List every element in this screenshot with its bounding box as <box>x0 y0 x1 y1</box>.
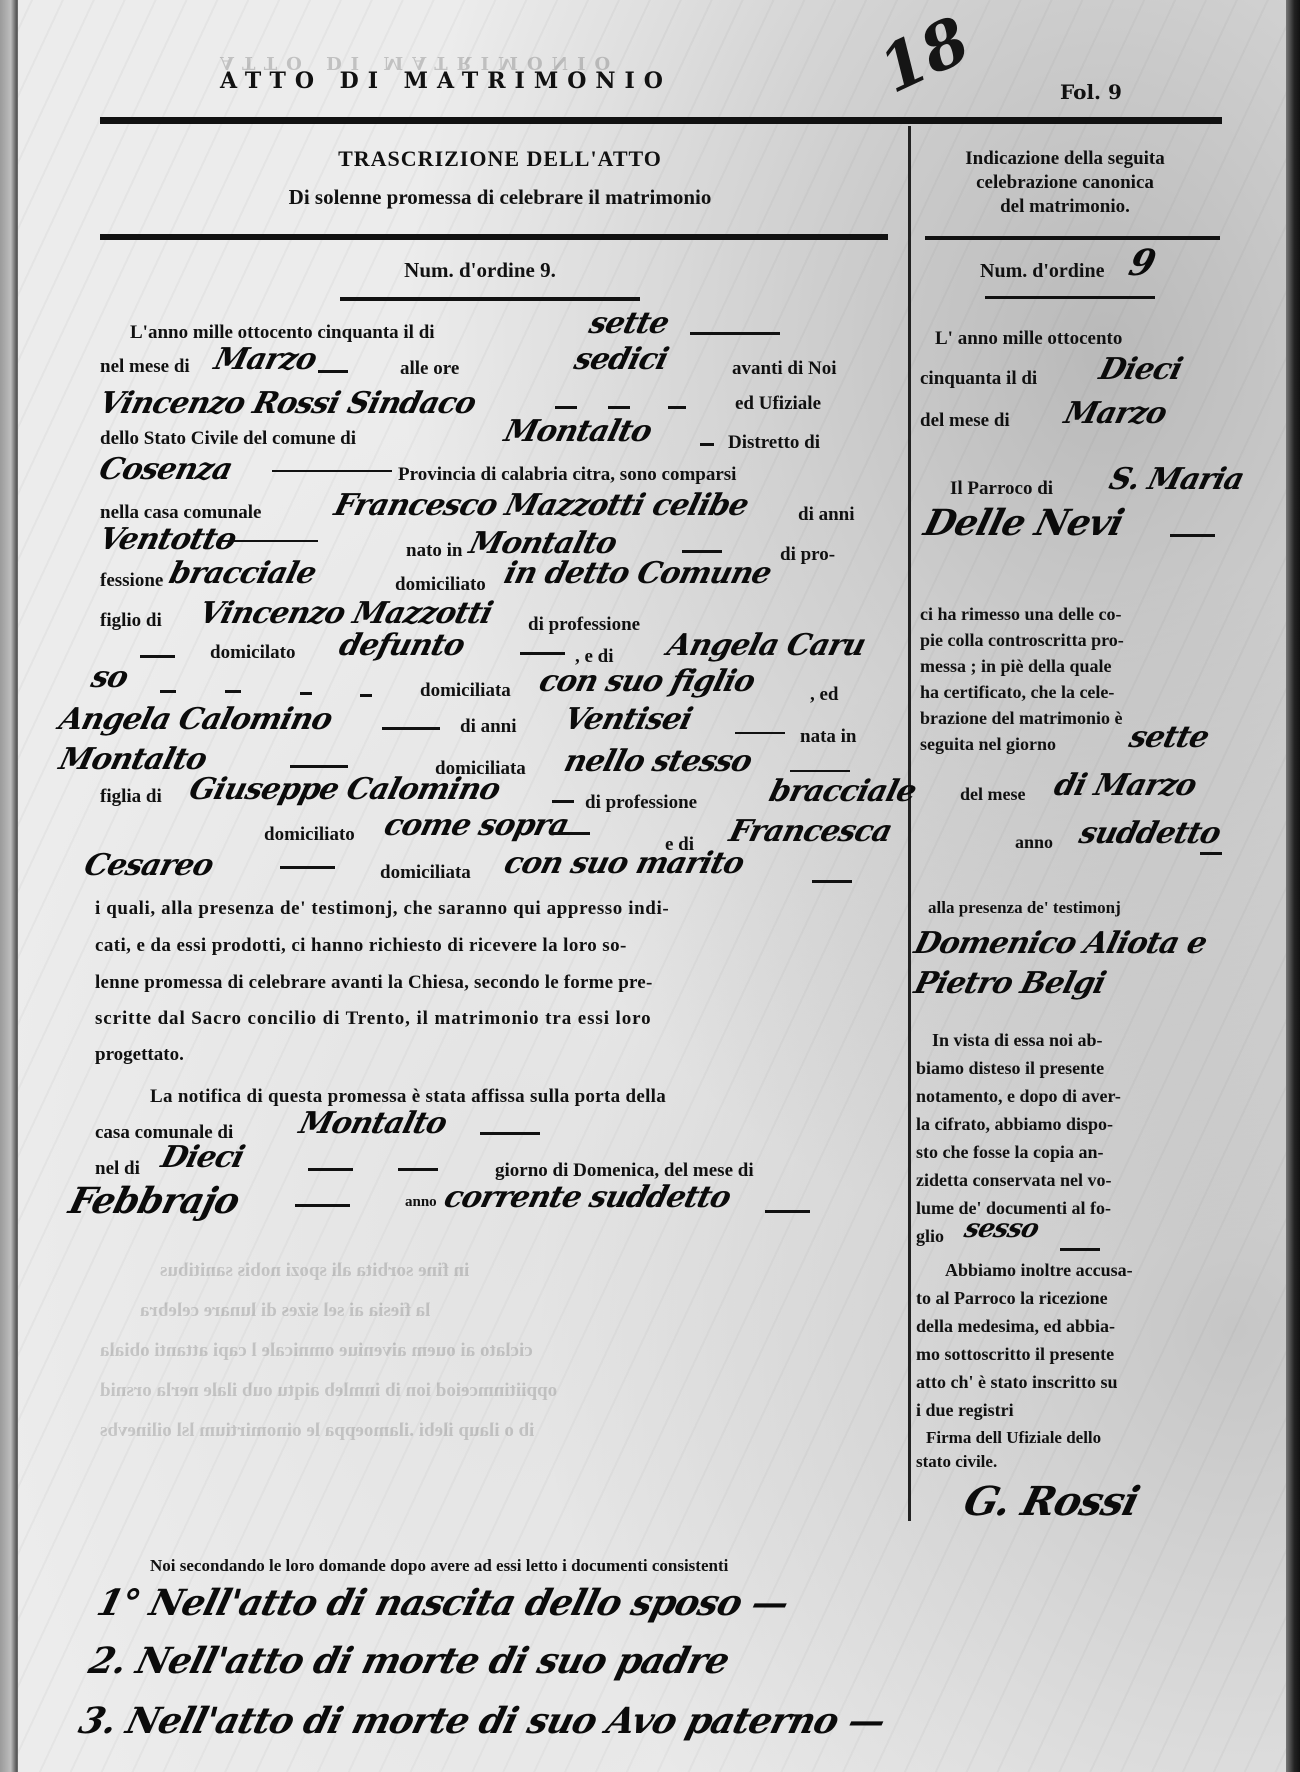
handwritten-bride-domicile: nello stesso <box>561 744 756 779</box>
fill-line <box>1060 1248 1100 1251</box>
printed-text: del mese <box>960 784 1025 805</box>
right-heading-line: del matrimonio. <box>915 196 1215 218</box>
handwritten-father-profession: bracciale <box>766 774 920 809</box>
handwritten-celebrated-year: suddetto <box>1076 816 1224 851</box>
right-heading-line: celebrazione canonica <box>915 172 1215 194</box>
body-text-line: i quali, alla presenza de' testimonj, ch… <box>95 898 669 920</box>
order-underline <box>985 296 1155 299</box>
right-paragraph-line: messa ; in piè della quale <box>920 656 1112 677</box>
bleed-through-text: oppiitinmceiod ion ib inmleb aiqtu oub i… <box>100 1380 557 1402</box>
order-underline <box>340 297 640 301</box>
fill-line <box>690 332 780 335</box>
handwritten-bride-father: Giuseppe Calomino <box>186 772 504 807</box>
document-list-item: 3. Nell'atto di morte di suo Avo paterno… <box>75 1700 889 1742</box>
fill-line <box>608 406 630 409</box>
handwritten-bride-birthplace: Montalto <box>56 742 210 777</box>
printed-text: di anni <box>460 716 517 738</box>
handwritten-notice-year: corrente suddetto <box>441 1180 734 1215</box>
right-heading-line: Indicazione della seguita <box>915 148 1215 170</box>
right-paragraph-line: brazione del matrimonio è <box>920 708 1122 729</box>
left-heading: TRASCRIZIONE DELL'ATTO <box>250 146 750 172</box>
handwritten-mother-domicile: con suo figlio <box>536 664 759 699</box>
handwritten-hour: sedici <box>571 342 672 377</box>
printed-text: di pro- <box>780 544 835 566</box>
fill-line <box>272 470 392 472</box>
footer-printed-text: Noi secondando le loro domande dopo aver… <box>150 1556 728 1576</box>
fill-line <box>682 550 722 553</box>
printed-text: figlia di <box>100 786 162 808</box>
printed-text: di anni <box>798 504 855 526</box>
fill-line <box>552 800 574 803</box>
printed-text: ed Ufiziale <box>735 393 821 415</box>
printed-text: di professione <box>528 614 640 636</box>
closing-paragraph-line: sto che fosse la copia an- <box>916 1142 1104 1163</box>
handwritten-day: sette <box>586 306 673 341</box>
printed-text: figlio di <box>100 610 162 632</box>
handwritten-officer-name: Vincenzo Rossi Sindaco <box>96 386 479 421</box>
printed-text: Provincia di calabria citra, sono compar… <box>398 464 736 486</box>
body-text-line: cati, e da essi prodotti, ci hanno richi… <box>95 935 627 957</box>
handwritten-witness: Pietro Belgi <box>911 966 1109 1001</box>
printed-text: L'anno mille ottocento cinquanta il di <box>130 322 435 344</box>
notice-text: La notifica di questa promessa è stata a… <box>150 1086 666 1108</box>
fill-line <box>382 727 440 730</box>
printed-text: avanti di Noi <box>732 358 837 380</box>
right-paragraph-line: ha certificato, che la cele- <box>920 682 1114 703</box>
document-list-item: 1° Nell'atto di nascita dello sposo — <box>93 1582 793 1624</box>
fill-line <box>1200 852 1222 855</box>
handwritten-month: Marzo <box>211 342 320 377</box>
printed-text: domiciliata <box>380 862 471 884</box>
closing-paragraph-line: zidetta conservata nel vo- <box>916 1170 1111 1191</box>
printed-text: cinquanta il di <box>920 368 1037 390</box>
handwritten-witness: Domenico Aliota e <box>911 926 1210 961</box>
bleed-through-text: la fiesia ai sel sizes di lunare celebra <box>140 1300 430 1322</box>
handwritten-right-order-number: 9 <box>1125 242 1160 284</box>
printed-text: anno <box>1015 832 1053 853</box>
fill-line <box>318 370 348 373</box>
fill-line <box>398 1168 438 1171</box>
fill-line <box>550 832 590 835</box>
handwritten-celebration-day: Dieci <box>1096 352 1186 387</box>
printed-text: nata in <box>800 726 857 748</box>
document-title: ATTO DI MATRIMONIO <box>220 68 672 94</box>
fill-line <box>225 690 241 693</box>
handwritten-father-domicile: come sopra <box>381 808 572 843</box>
fill-line <box>735 732 785 734</box>
fill-line <box>700 443 714 446</box>
handwritten-domicile: in detto Comune <box>501 556 775 591</box>
folio-number: Fol. 9 <box>1060 80 1122 104</box>
printed-text: domiciliato <box>264 824 355 846</box>
final-paragraph-line: to al Parroco la ricezione <box>916 1288 1108 1309</box>
right-paragraph-line: ci ha rimesso una delle co- <box>920 604 1121 625</box>
handwritten-profession: bracciale <box>166 556 320 591</box>
printed-text: L' anno mille ottocento <box>935 328 1122 350</box>
body-text-line: lenne promessa di celebrare avanti la Ch… <box>95 972 652 994</box>
right-paragraph-line: pie colla controscritta pro- <box>920 630 1124 651</box>
notice-text: nel di <box>95 1158 140 1180</box>
handwritten-parish-cont: Delle Nevi <box>920 502 1128 544</box>
body-text-line: progettato. <box>95 1044 184 1066</box>
fill-line <box>668 406 686 409</box>
handwritten-comune: Montalto <box>501 414 655 449</box>
handwritten-celebrated-day: sette <box>1126 720 1213 755</box>
fill-line <box>790 770 850 772</box>
fill-line <box>520 652 565 655</box>
closing-paragraph-line: notamento, e dopo di aver- <box>916 1086 1121 1107</box>
fill-line <box>765 1210 810 1213</box>
handwritten-mother-domicile: con suo marito <box>501 846 748 881</box>
closing-paragraph-line: biamo disteso il presente <box>916 1058 1104 1079</box>
printed-text: nato in <box>406 540 463 562</box>
printed-text: domicilato <box>210 642 296 664</box>
signature-label: Firma dell Ufiziale dello <box>926 1428 1101 1448</box>
handwritten-mother-suffix: so <box>88 660 132 695</box>
handwritten-bride-name: Angela Calomino <box>56 702 336 737</box>
bleed-through-text: ciclato ai ouem aiveniue omnicale l capi… <box>100 1340 533 1362</box>
closing-paragraph-line: glio <box>916 1226 944 1247</box>
closing-paragraph-line: la cifrato, abbiamo dispo- <box>916 1114 1113 1135</box>
fill-line <box>555 406 577 409</box>
handwritten-groom-mother: Angela Caru <box>664 628 869 663</box>
handwritten-groom-name: Francesco Mazzotti celibe <box>331 488 752 523</box>
handwritten-bride-age: Ventisei <box>561 702 696 737</box>
final-paragraph-line: Abbiamo inoltre accusa- <box>945 1260 1133 1281</box>
header-rule <box>100 117 1222 124</box>
fill-line <box>360 694 372 697</box>
notice-text: anno <box>405 1194 437 1211</box>
book-binding-edge <box>0 0 18 1772</box>
right-order-label: Num. d'ordine <box>980 260 1104 283</box>
printed-text: di professione <box>585 792 697 814</box>
printed-text: alle ore <box>400 358 459 380</box>
left-order-number: Num. d'ordine 9. <box>330 258 630 283</box>
handwritten-mother-surname: Cesareo <box>81 848 217 883</box>
handwritten-father-status: defunto <box>336 628 468 663</box>
handwritten-notice-comune: Montalto <box>296 1106 450 1141</box>
fill-line <box>1170 534 1215 537</box>
scan-edge-shadow <box>1286 0 1300 1772</box>
left-subheading-rule <box>100 234 888 240</box>
printed-text: nella casa comunale <box>100 502 262 524</box>
bleed-through-text: ib o ilaup ilebi .ilamoeppa le oinomirti… <box>100 1420 534 1442</box>
handwritten-notice-day: Dieci <box>158 1140 248 1175</box>
fill-line <box>480 1132 540 1135</box>
handwritten-bride-mother: Francesca <box>726 814 896 849</box>
signature-label: stato civile. <box>916 1452 997 1472</box>
printed-text: fessione <box>100 570 163 592</box>
right-heading-rule <box>925 236 1220 240</box>
printed-text: Distretto di <box>728 432 820 454</box>
printed-text: dello Stato Civile del comune di <box>100 428 356 450</box>
fill-line <box>218 540 318 542</box>
official-signature: G. Rossi <box>959 1478 1143 1525</box>
fill-line <box>160 690 176 693</box>
handwritten-celebrated-month: di Marzo <box>1051 768 1200 803</box>
final-paragraph-line: della medesima, ed abbia- <box>916 1316 1115 1337</box>
fill-line <box>300 692 312 695</box>
notice-text: giorno di Domenica, del mese di <box>495 1160 754 1182</box>
printed-text: nel mese di <box>100 356 190 378</box>
column-divider <box>908 126 911 1521</box>
printed-text: Il Parroco di <box>950 478 1053 500</box>
handwritten-parish: S. Maria <box>1106 462 1248 497</box>
left-subheading: Di solenne promessa di celebrare il matr… <box>170 185 830 210</box>
printed-text: domiciliato <box>395 574 486 596</box>
right-paragraph-line: seguita nel giorno <box>920 734 1056 755</box>
document-list-item: 2. Nell'atto di morte di suo padre <box>85 1640 733 1682</box>
body-text-line: scritte dal Sacro concilio di Trento, il… <box>95 1008 652 1030</box>
final-paragraph-line: mo sottoscritto il presente <box>916 1344 1114 1365</box>
handwritten-notice-month: Febbrajo <box>65 1180 244 1222</box>
handwritten-corner-mark: 18 <box>868 3 980 109</box>
document-page: ATTO DI MATRIMONIO ATTO DI MATRIMONIO 18… <box>0 0 1300 1772</box>
final-paragraph-line: i due registri <box>916 1400 1014 1421</box>
printed-text: domiciliata <box>420 680 511 702</box>
closing-paragraph-line: In vista di essa noi ab- <box>932 1030 1103 1051</box>
fill-line <box>812 880 852 883</box>
printed-text: , ed <box>810 684 839 706</box>
printed-text: alla presenza de' testimonj <box>928 898 1121 918</box>
fill-line <box>295 1204 350 1207</box>
handwritten-district: Cosenza <box>96 452 236 487</box>
printed-text: del mese di <box>920 410 1010 432</box>
handwritten-celebration-month: Marzo <box>1061 396 1170 431</box>
fill-line <box>308 1168 353 1171</box>
handwritten-folio: sesso <box>961 1214 1041 1244</box>
fill-line <box>290 765 348 768</box>
bleed-through-text: in fine sorbita ali spozi nobis sanitibu… <box>160 1260 469 1282</box>
handwritten-groom-father: Vincenzo Mazzotti <box>196 596 496 631</box>
final-paragraph-line: atto ch' è stato inscritto su <box>916 1372 1117 1393</box>
fill-line <box>140 655 175 658</box>
fill-line <box>280 866 335 869</box>
